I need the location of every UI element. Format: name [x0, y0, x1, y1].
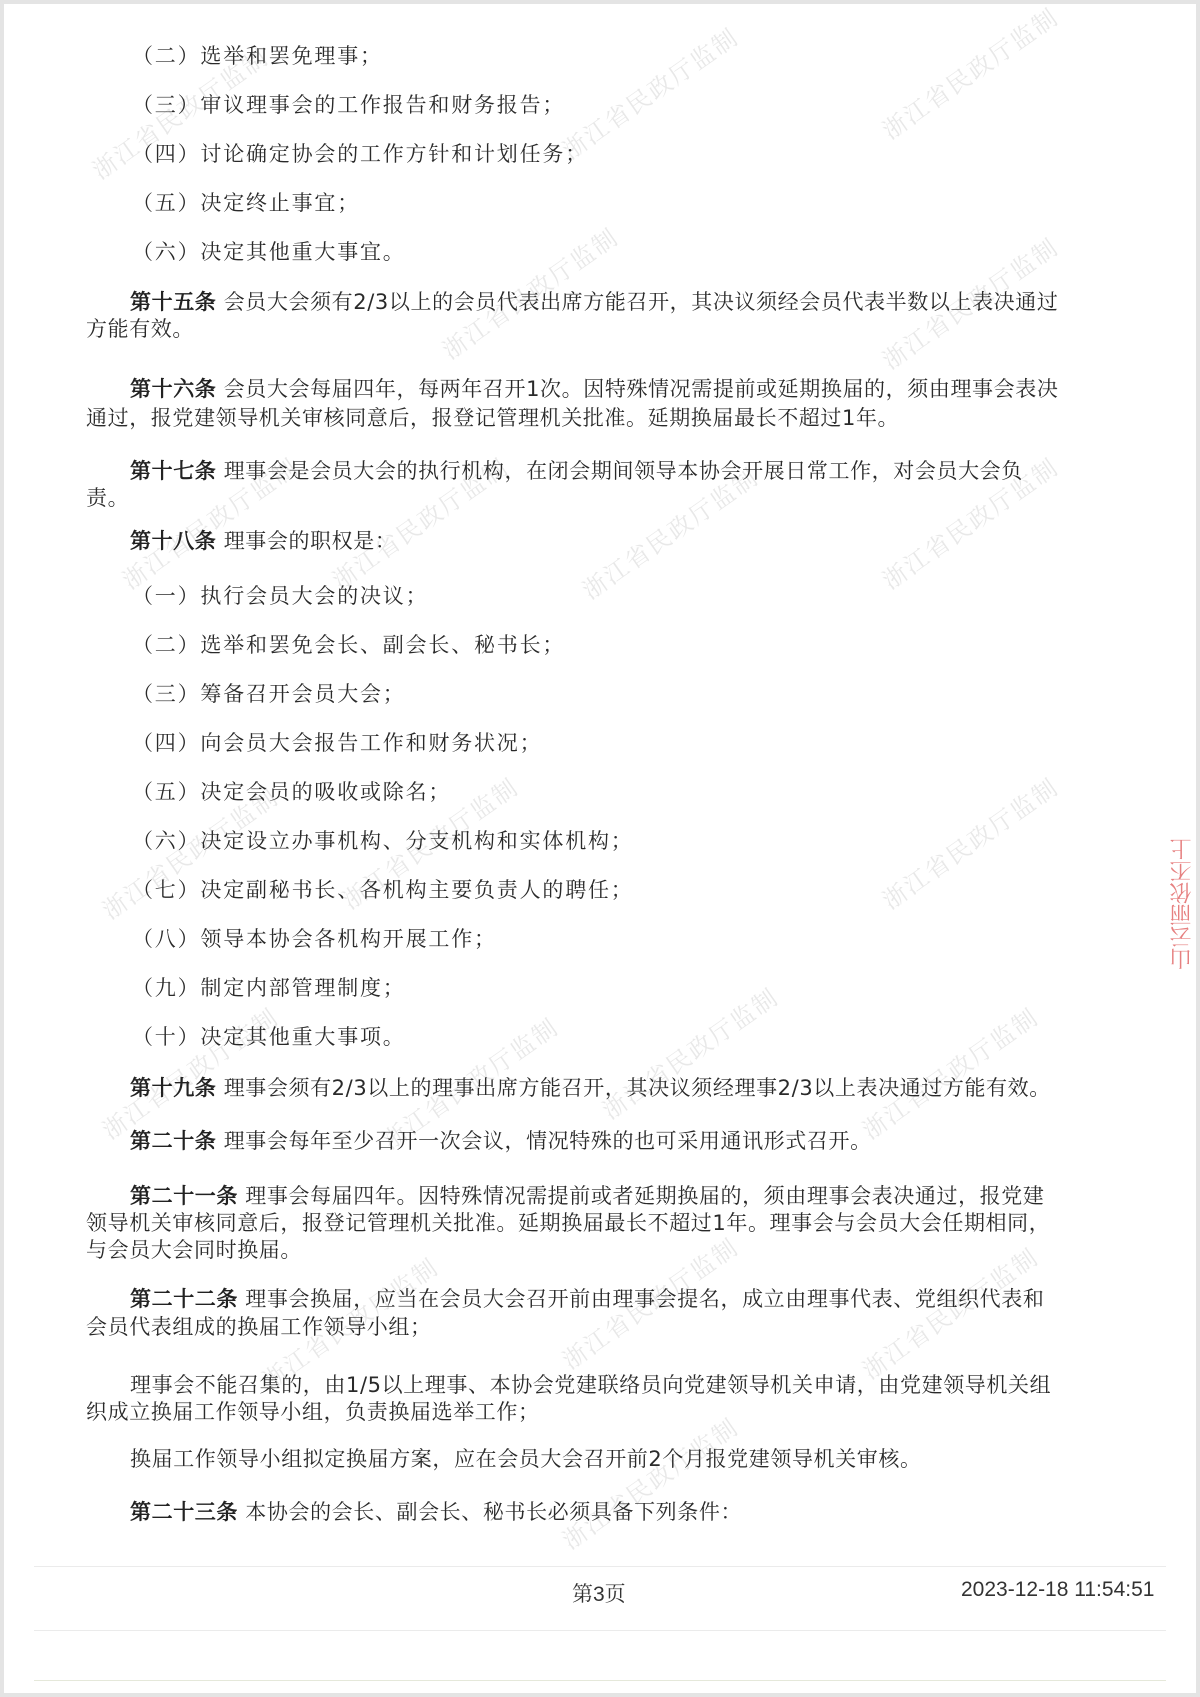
paragraph-text: 理事会不能召集的，由1/5以上理事、本协会党建联络员向党建领导机关申请，由党建领…	[130, 1370, 1051, 1400]
list-item: （五）决定终止事宜；	[132, 188, 360, 218]
watermark: 浙江省民政厅监制	[594, 978, 784, 1126]
scan-artifact	[34, 1630, 1166, 1631]
list-item: （六）决定设立办事机构、分支机构和实体机构；	[132, 826, 634, 856]
page-border	[1196, 740, 1200, 970]
scan-artifact	[34, 1566, 1166, 1567]
document-page: 浙江省民政厅监制 浙江省民政厅监制 浙江省民政厅监制 浙江省民政厅监制 浙江省民…	[4, 4, 1196, 1693]
list-item: （二）选举和罢免会长、副会长、秘书长；	[132, 630, 565, 660]
watermark: 浙江省民政厅监制	[854, 998, 1044, 1146]
list-item: （四）向会员大会报告工作和财务状况；	[132, 728, 542, 758]
article-text: 理事会须有2/3以上的理事出席方能召开，其决议须经理事2/3以上表决通过方能有效…	[224, 1076, 1051, 1100]
article-text: 方能有效。	[86, 314, 194, 344]
list-item: （九）制定内部管理制度；	[132, 973, 406, 1003]
article-text: 本协会的会长、副会长、秘书长必须具备下列条件：	[245, 1500, 742, 1524]
article-text: 与会员大会同时换届。	[86, 1235, 302, 1265]
article-heading: 第二十三条	[130, 1500, 238, 1524]
list-item: （三）审议理事会的工作报告和财务报告；	[132, 90, 565, 120]
article-heading: 第二十条	[130, 1129, 216, 1153]
list-item: （一）执行会员大会的决议；	[132, 581, 428, 611]
list-item: （六）决定其他重大事宜。	[132, 237, 406, 267]
paragraph-text: 换届工作领导小组拟定换届方案，应在会员大会召开前2个月报党建领导机关审核。	[130, 1444, 922, 1474]
article-text: 理事会每年至少召开一次会议，情况特殊的也可采用通讯形式召开。	[224, 1129, 872, 1153]
article-text: 领导机关审核同意后，报登记管理机关批准。延期换届最长不超过1年。理事会与会员大会…	[86, 1208, 1050, 1238]
list-item: （七）决定副秘书长、各机构主要负责人的聘任；	[132, 875, 634, 905]
list-item: （二）选举和罢免理事；	[132, 41, 383, 71]
watermark: 浙江省民政厅监制	[554, 1408, 744, 1556]
scan-artifact	[34, 1680, 1166, 1681]
article-heading: 第十七条	[130, 459, 216, 483]
list-item: （三）筹备召开会员大会；	[132, 679, 406, 709]
article-heading: 第十八条	[130, 529, 216, 553]
article-text: 会员大会须有2/3以上的会员代表出席方能召开，其决议须经会员代表半数以上表决通过	[224, 290, 1059, 314]
article-text: 理事会每届四年。因特殊情况需提前或者延期换届的，须由理事会表决通过，报党建	[245, 1184, 1044, 1208]
article-heading: 第二十一条	[130, 1184, 238, 1208]
list-item: （八）领导本协会各机构开展工作；	[132, 924, 497, 954]
article-text: 理事会的职权是：	[224, 529, 397, 553]
page-number: 第3页	[572, 1578, 626, 1608]
article-heading: 第十六条	[130, 377, 216, 401]
article-heading: 第十五条	[130, 290, 216, 314]
list-item: （四）讨论确定协会的工作方针和计划任务；	[132, 139, 588, 169]
article-text: 通过，报党建领导机关审核同意后，报登记管理机关批准。延期换届最长不超过1年。	[86, 403, 899, 433]
watermark: 浙江省民政厅监制	[874, 4, 1064, 146]
watermark: 浙江省民政厅监制	[874, 768, 1064, 916]
article-text: 理事会是会员大会的执行机构，在闭会期间领导本协会开展日常工作，对会员大会负	[224, 459, 1023, 483]
article-text: 责。	[86, 483, 129, 513]
article-heading: 第十九条	[130, 1076, 216, 1100]
article-text: 理事会换届，应当在会员大会召开前由理事会提名，成立由理事代表、党组织代表和	[245, 1287, 1044, 1311]
article-text: 会员大会每届四年，每两年召开1次。因特殊情况需提前或延期换届的，须由理事会表决	[224, 377, 1059, 401]
print-timestamp: 2023-12-18 11:54:51	[961, 1578, 1154, 1602]
red-seal-stamp: 山云丽依丕上	[1170, 740, 1196, 970]
list-item: （十）决定其他重大事项。	[132, 1022, 406, 1052]
paragraph-text: 织成立换届工作领导小组，负责换届选举工作；	[86, 1397, 540, 1427]
article-heading: 第二十二条	[130, 1287, 238, 1311]
article-text: 会员代表组成的换届工作领导小组；	[86, 1312, 432, 1342]
watermark: 浙江省民政厅监制	[94, 998, 284, 1146]
list-item: （五）决定会员的吸收或除名；	[132, 777, 451, 807]
